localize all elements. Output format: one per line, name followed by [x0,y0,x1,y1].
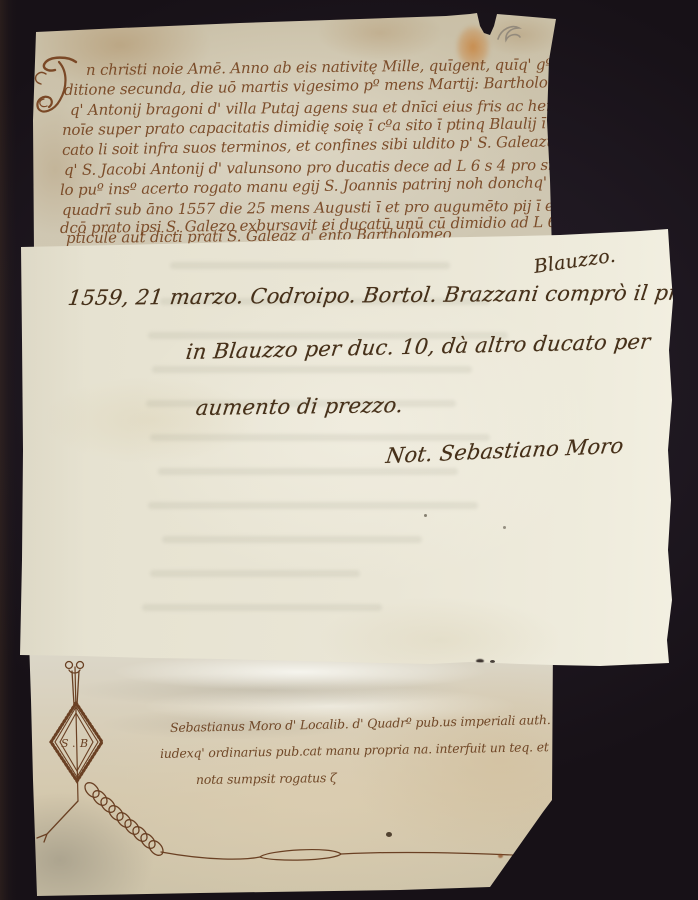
signum-initial-left: S [61,737,69,750]
show-through-line [152,366,472,373]
backdrop-edge-light [0,0,16,900]
rust-speck [498,854,503,858]
note-line: aumento di prezzo. [195,395,405,419]
show-through-line [170,262,450,269]
edge-speck [490,660,495,663]
show-through-line [162,536,422,543]
show-through-line [158,468,458,475]
show-through-line [150,570,360,577]
photo-backdrop: n christi noie Amē. Anno ab eis nativitę… [0,0,698,900]
ink-dot [424,514,427,517]
manuscript-line: q' Antonij bragoni d' villa Putaj agens … [70,98,643,118]
place-annotation: Blauzzo. [533,247,617,277]
signum-dot: . [72,737,76,750]
ink-speck [386,832,392,837]
note-line: 1559, 21 marzo. Codroipo. Bortol. Brazza… [67,282,698,309]
ink-dot [503,526,506,529]
notary-clause-line: nota sumpsit rogatus ζ [196,772,337,786]
signum-initial-right: B [79,737,88,750]
show-through-line [142,604,382,611]
show-through-line [148,502,478,509]
show-through-line [150,434,490,441]
